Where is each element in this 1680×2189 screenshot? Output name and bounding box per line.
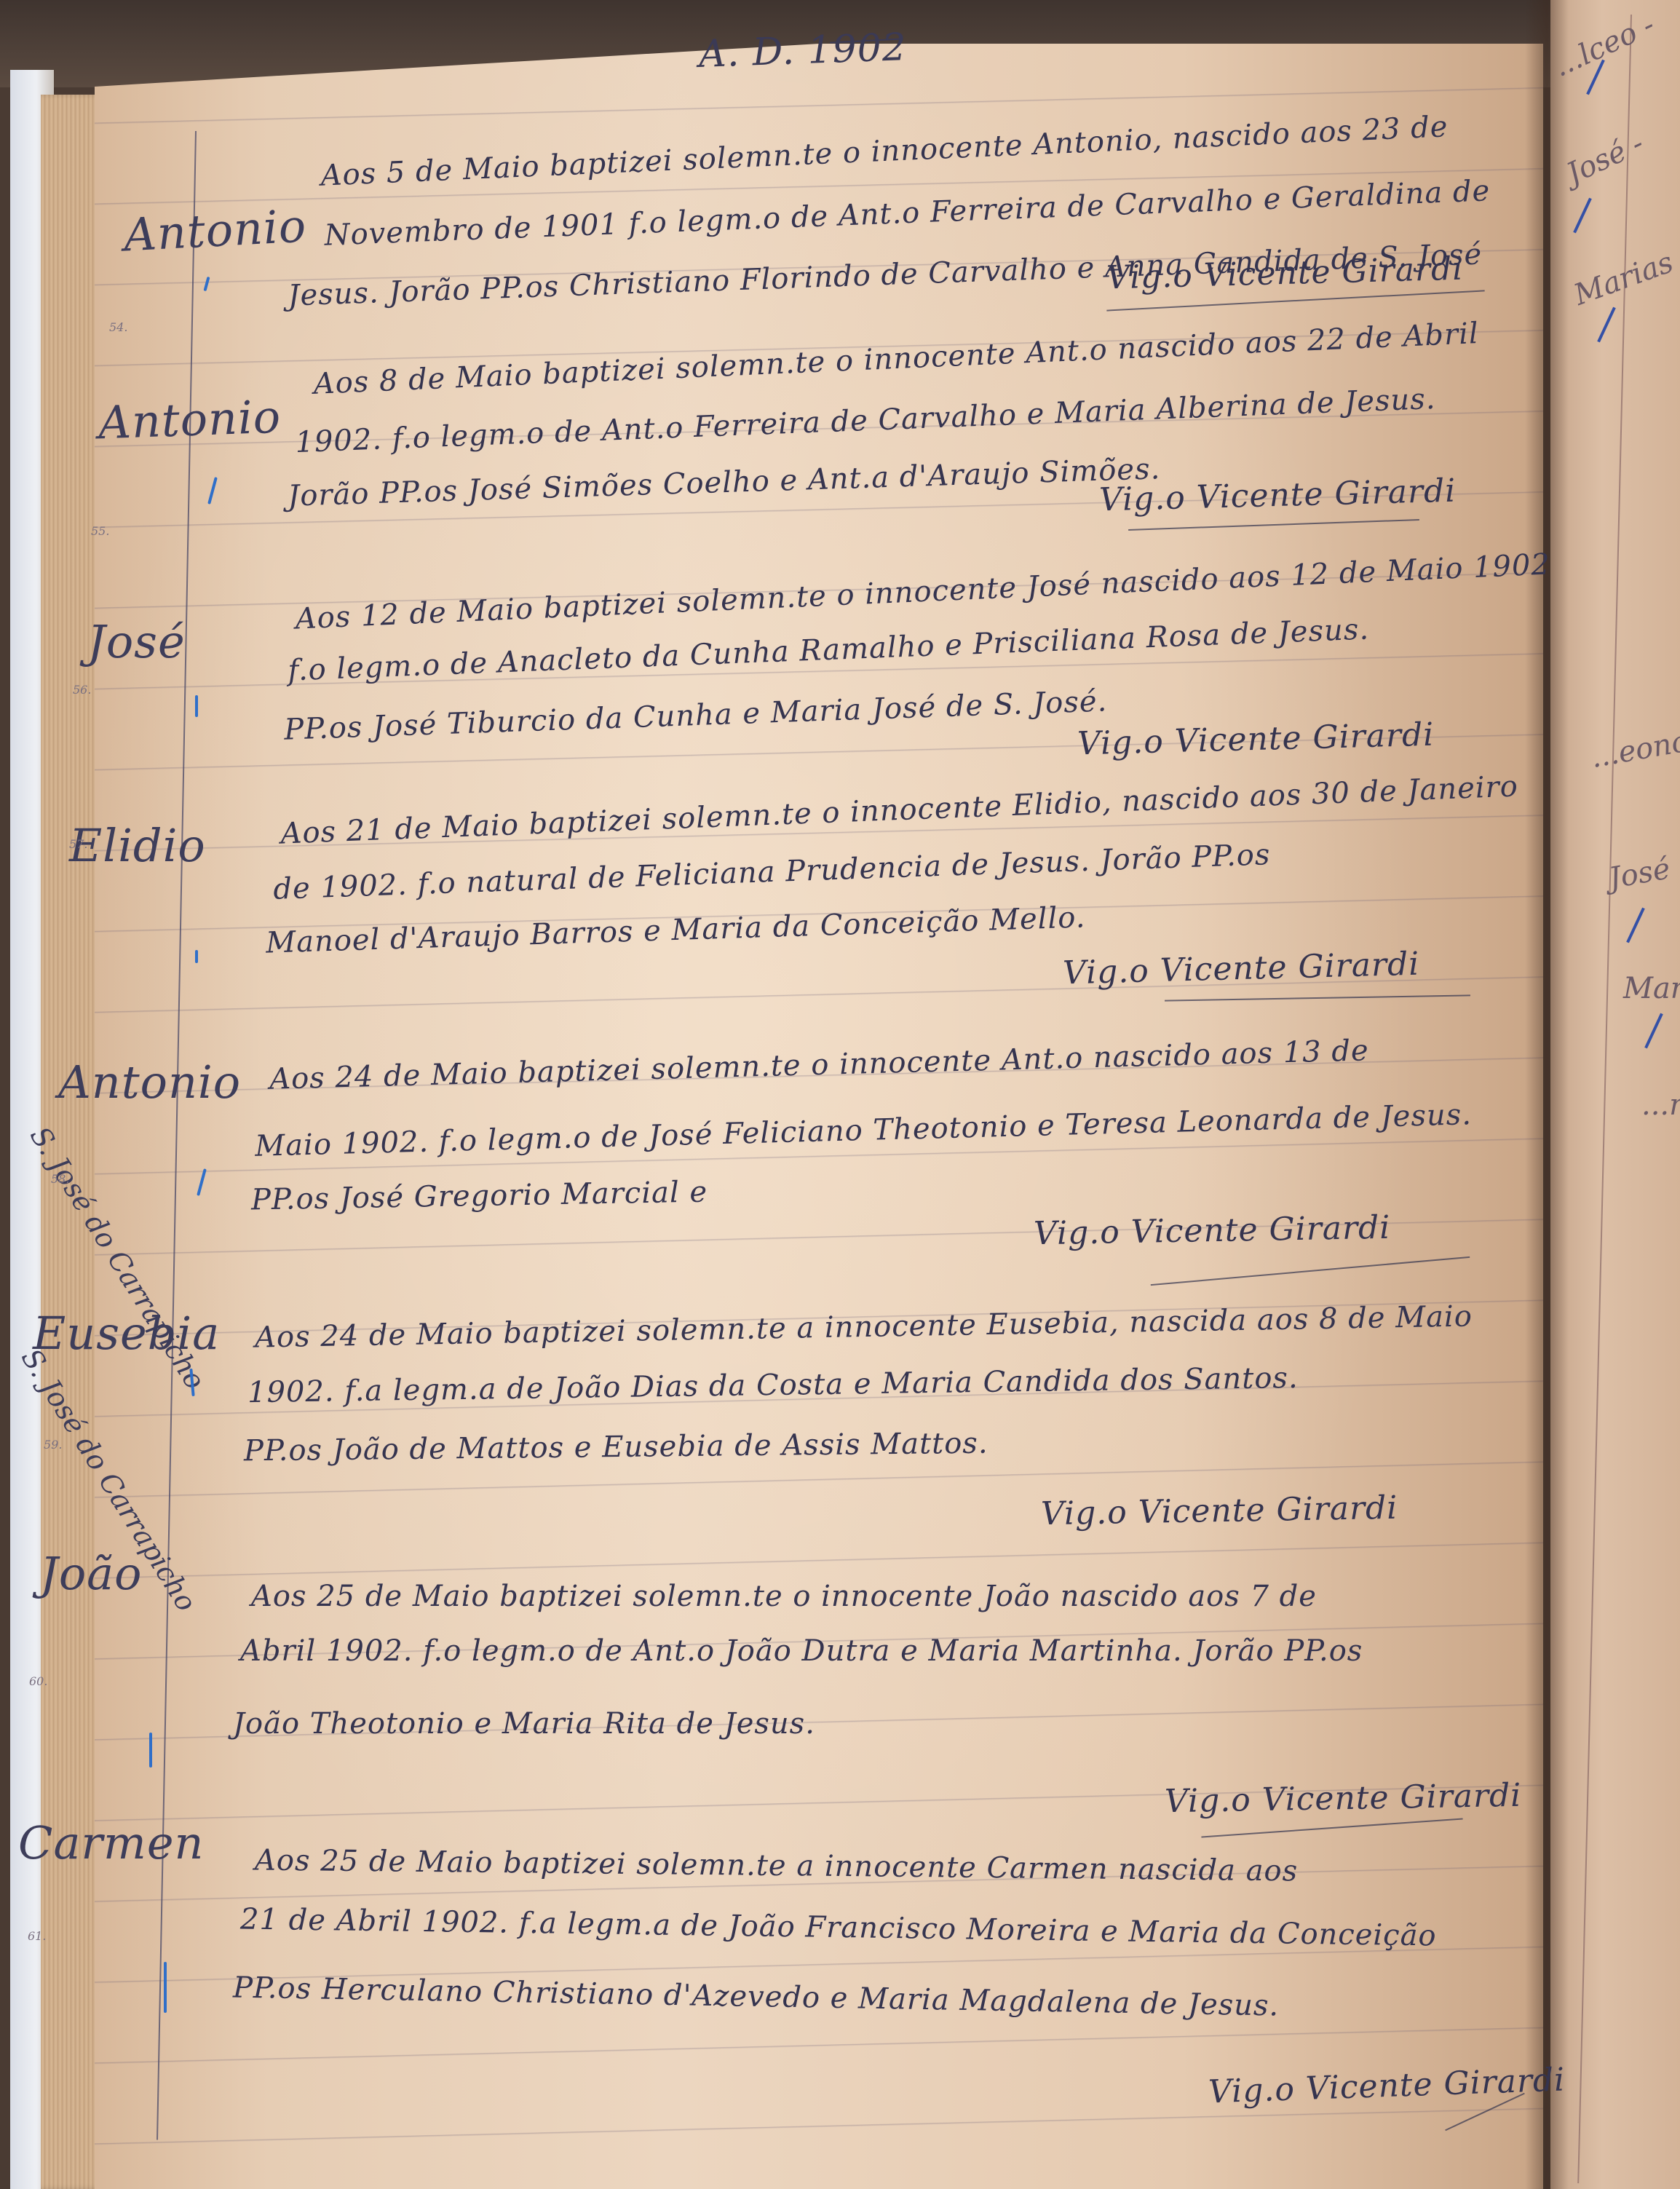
blue-tick-mark	[149, 1733, 152, 1768]
entry-name: Elidio	[69, 819, 206, 872]
record-number: 55.	[91, 524, 109, 538]
page-heading-year: A. D. 1902	[698, 25, 908, 76]
blue-arrow-mark	[164, 1962, 167, 2013]
priest-signature: Vig.o Vicente Girardi	[1165, 1777, 1522, 1821]
entry-text-line: Abril 1902. f.o legm.o de Ant.o João Dut…	[240, 1634, 1363, 1668]
blue-tick-mark	[195, 695, 198, 717]
priest-signature: Vig.o Vicente Girardi	[1034, 1209, 1391, 1253]
record-number: 56.	[73, 683, 91, 697]
priest-signature: Vig.o Vicente Girardi	[1041, 1489, 1398, 1533]
entry-name: Antonio	[58, 1056, 241, 1109]
blue-tick-mark	[195, 950, 198, 963]
record-number: 60.	[29, 1674, 47, 1688]
entry-name: João	[40, 1547, 142, 1600]
entry-name: Carmen	[18, 1816, 204, 1869]
record-number: 58.	[51, 1172, 69, 1186]
entry-name: Antonio	[122, 199, 308, 261]
record-number: 61.	[28, 1929, 46, 1943]
entry-name: José	[87, 615, 186, 668]
opposite-entry-name: ...ma	[1641, 1088, 1680, 1122]
entry-text-line: Aos 25 de Maio baptizei solemn.te o inno…	[251, 1580, 1317, 1613]
book-gutter	[1525, 0, 1569, 2189]
opposite-entry-name: Maria	[1623, 972, 1680, 1005]
entry-name: Eusebia	[33, 1307, 220, 1360]
entry-text-line: João Theotonio e Maria Rita de Jesus.	[233, 1707, 815, 1741]
record-number: 54.	[109, 320, 127, 334]
entry-name: Antonio	[98, 390, 282, 450]
record-number: 57.	[69, 837, 87, 851]
record-number: 59.	[44, 1438, 62, 1452]
